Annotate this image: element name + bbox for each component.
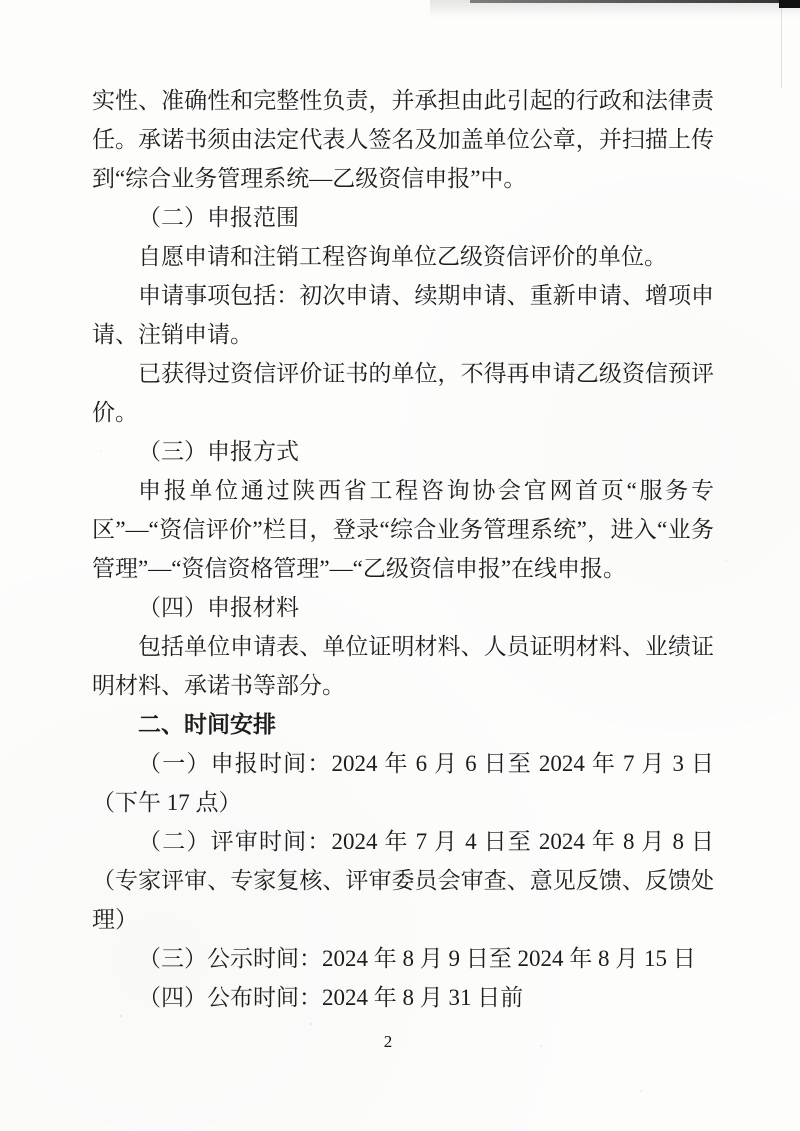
paragraph-announcement-time: （四）公布时间：2024 年 8 月 31 日前 bbox=[92, 978, 714, 1017]
paragraph-application-items: 申请事项包括：初次申请、续期申请、重新申请、增项申请、注销申请。 bbox=[92, 276, 714, 354]
scan-artifact-edge-line bbox=[781, 8, 782, 88]
paragraph-materials-list: 包括单位申请表、单位证明材料、人员证明材料、业绩证明材料、承诺书等部分。 bbox=[92, 627, 714, 705]
paragraph-online-application-path: 申报单位通过陕西省工程咨询协会官网首页“服务专区”—“资信评价”栏目，登录“综合… bbox=[92, 471, 714, 588]
paragraph-application-time: （一）申报时间：2024 年 6 月 6 日至 2024 年 7 月 3 日（下… bbox=[92, 744, 714, 822]
scan-artifact-corner-block bbox=[779, 0, 800, 8]
scan-artifact-top-strip bbox=[470, 0, 784, 3]
paragraph-voluntary-units: 自愿申请和注销工程咨询单位乙级资信评价的单位。 bbox=[92, 237, 714, 276]
paragraph-publicity-time: （三）公示时间：2024 年 8 月 9 日至 2024 年 8 月 15 日 bbox=[92, 939, 714, 978]
paragraph-responsibility-continuation: 实性、准确性和完整性负责，并承担由此引起的行政和法律责任。承诺书须由法定代表人签… bbox=[92, 81, 714, 198]
subheading-application-materials: （四）申报材料 bbox=[92, 588, 714, 627]
scan-noise-specks bbox=[0, 0, 2, 2]
paragraph-already-certified-restriction: 已获得过资信评价证书的单位，不得再申请乙级资信预评价。 bbox=[92, 354, 714, 432]
heading-time-schedule: 二、时间安排 bbox=[92, 705, 714, 744]
scanned-document-page: 实性、准确性和完整性负责，并承担由此引起的行政和法律责任。承诺书须由法定代表人签… bbox=[0, 0, 800, 1131]
document-body: 实性、准确性和完整性负责，并承担由此引起的行政和法律责任。承诺书须由法定代表人签… bbox=[92, 81, 714, 1017]
subheading-application-scope: （二）申报范围 bbox=[92, 198, 714, 237]
subheading-application-method: （三）申报方式 bbox=[92, 432, 714, 471]
paragraph-review-time: （二）评审时间：2024 年 7 月 4 日至 2024 年 8 月 8 日（专… bbox=[92, 822, 714, 939]
page-number: 2 bbox=[0, 1031, 776, 1053]
